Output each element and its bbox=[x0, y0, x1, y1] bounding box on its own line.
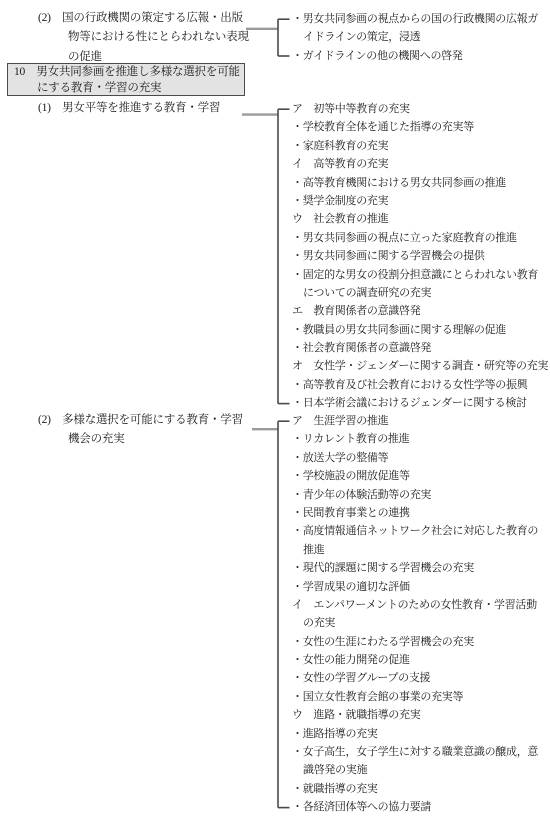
left-item-diverse-choices: (2) 多様な選択を可能にする教育・学習機会の充実 bbox=[38, 411, 254, 450]
branch-bullet-row: ・学校教育全体を通じた指導の充実等 bbox=[292, 118, 550, 136]
branch-header-row: イ エンパワーメントのための女性教育・学習活動 bbox=[292, 596, 550, 614]
branch-wrap-row: イドラインの策定，浸透 bbox=[292, 28, 550, 46]
branch-list-education-equality: ア 初等中等教育の充実・学校教育全体を通じた指導の充実等・家庭科教育の充実イ 高… bbox=[292, 100, 550, 413]
branch-bullet-row: ・男女共同参画の視点に立った家庭教育の推進 bbox=[292, 229, 550, 247]
branch-bullet-row: ・民間教育事業との連携 bbox=[292, 504, 550, 522]
branch-bullet-row: ・家庭科教育の充実 bbox=[292, 137, 550, 155]
branch-bullet-row: ・男女共同参画の視点からの国の行政機関の広報ガ bbox=[292, 10, 550, 28]
branch-bullet-row: ・日本学術会議におけるジェンダーに関する検討 bbox=[292, 394, 550, 412]
branch-bullet-row: ・各経済団体等への協力要請 bbox=[292, 798, 550, 816]
left-item-line: 機会の充実 bbox=[38, 430, 254, 449]
section-10-heading-box: 10 男女共同参画を推進し多様な選択を可能 にする教育・学習の充実 bbox=[7, 63, 245, 96]
left-item-line: (1) 男女平等を推進する教育・学習 bbox=[38, 99, 254, 118]
branch-bullet-row: ・現代的課題に関する学習機会の充実 bbox=[292, 559, 550, 577]
branch-bullet-row: ・青少年の体験活動等の充実 bbox=[292, 486, 550, 504]
branch-bullet-row: ・固定的な男女の役割分担意識にとらわれない教育 bbox=[292, 266, 550, 284]
branch-bullet-row: ・学習成果の適切な評価 bbox=[292, 578, 550, 596]
section-heading-line-2: にする教育・学習の充実 bbox=[14, 81, 244, 97]
branch-wrap-row: の充実 bbox=[292, 614, 550, 632]
branch-bullet-row: ・高等教育及び社会教育における女性学等の振興 bbox=[292, 376, 550, 394]
document-page: (2) 国の行政機関の策定する広報・出版物等における性にとらわれない表現の促進 … bbox=[0, 0, 550, 820]
branch-header-row: オ 女性学・ジェンダーに関する調査・研究等の充実 bbox=[292, 357, 550, 375]
branch-bullet-row: ・奨学金制度の充実 bbox=[292, 192, 550, 210]
branch-list-pr-expression: ・男女共同参画の視点からの国の行政機関の広報ガイドラインの策定，浸透・ガイドライ… bbox=[292, 10, 550, 65]
branch-bullet-row: ・ガイドラインの他の機関への啓発 bbox=[292, 47, 550, 65]
branch-header-row: ウ 社会教育の推進 bbox=[292, 210, 550, 228]
branch-bullet-row: ・女性の学習グループの支援 bbox=[292, 669, 550, 687]
bracket-group-1 bbox=[242, 109, 290, 403]
branch-wrap-row: 識啓発の実施 bbox=[292, 761, 550, 779]
branch-header-row: エ 教育関係者の意識啓発 bbox=[292, 302, 550, 320]
branch-bullet-row: ・高度情報通信ネットワーク社会に対応した教育の bbox=[292, 522, 550, 540]
branch-header-row: ア 初等中等教育の充実 bbox=[292, 100, 550, 118]
branch-list-diverse-choices: ア 生涯学習の推進・リカレント教育の推進・放送大学の整備等・学校施設の開放促進等… bbox=[292, 412, 550, 817]
branch-wrap-row: 推進 bbox=[292, 541, 550, 559]
branch-header-row: イ 高等教育の充実 bbox=[292, 155, 550, 173]
branch-bullet-row: ・教職員の男女共同参画に関する理解の促進 bbox=[292, 321, 550, 339]
branch-bullet-row: ・男女共同参画に関する学習機会の提供 bbox=[292, 247, 550, 265]
branch-bullet-row: ・国立女性教育会館の事業の充実等 bbox=[292, 688, 550, 706]
left-item-pr-expression: (2) 国の行政機関の策定する広報・出版物等における性にとらわれない表現の促進 bbox=[38, 9, 254, 67]
left-item-line: 物等における性にとらわれない表現 bbox=[38, 28, 254, 47]
branch-bullet-row: ・進路指導の充実 bbox=[292, 725, 550, 743]
branch-bullet-row: ・学校施設の開放促進等 bbox=[292, 467, 550, 485]
branch-bullet-row: ・就職指導の充実 bbox=[292, 780, 550, 798]
branch-bullet-row: ・社会教育関係者の意識啓発 bbox=[292, 339, 550, 357]
branch-header-row: ウ 進路・就職指導の充実 bbox=[292, 706, 550, 724]
left-item-education-equality: (1) 男女平等を推進する教育・学習 bbox=[38, 99, 254, 118]
left-item-line: (2) 国の行政機関の策定する広報・出版 bbox=[38, 9, 254, 28]
branch-header-row: ア 生涯学習の推進 bbox=[292, 412, 550, 430]
branch-bullet-row: ・高等教育機関における男女共同参画の推進 bbox=[292, 174, 550, 192]
bracket-group-2 bbox=[252, 421, 290, 807]
branch-bullet-row: ・リカレント教育の推進 bbox=[292, 430, 550, 448]
branch-wrap-row: についての調査研究の充実 bbox=[292, 284, 550, 302]
branch-bullet-row: ・放送大学の整備等 bbox=[292, 449, 550, 467]
branch-bullet-row: ・女性の能力開発の促進 bbox=[292, 651, 550, 669]
left-item-line: (2) 多様な選択を可能にする教育・学習 bbox=[38, 411, 254, 430]
section-heading-line-1: 10 男女共同参画を推進し多様な選択を可能 bbox=[14, 65, 244, 81]
branch-bullet-row: ・女性の生涯にわたる学習機会の充実 bbox=[292, 633, 550, 651]
branch-bullet-row: ・女子高生，女子学生に対する職業意識の醸成，意 bbox=[292, 743, 550, 761]
